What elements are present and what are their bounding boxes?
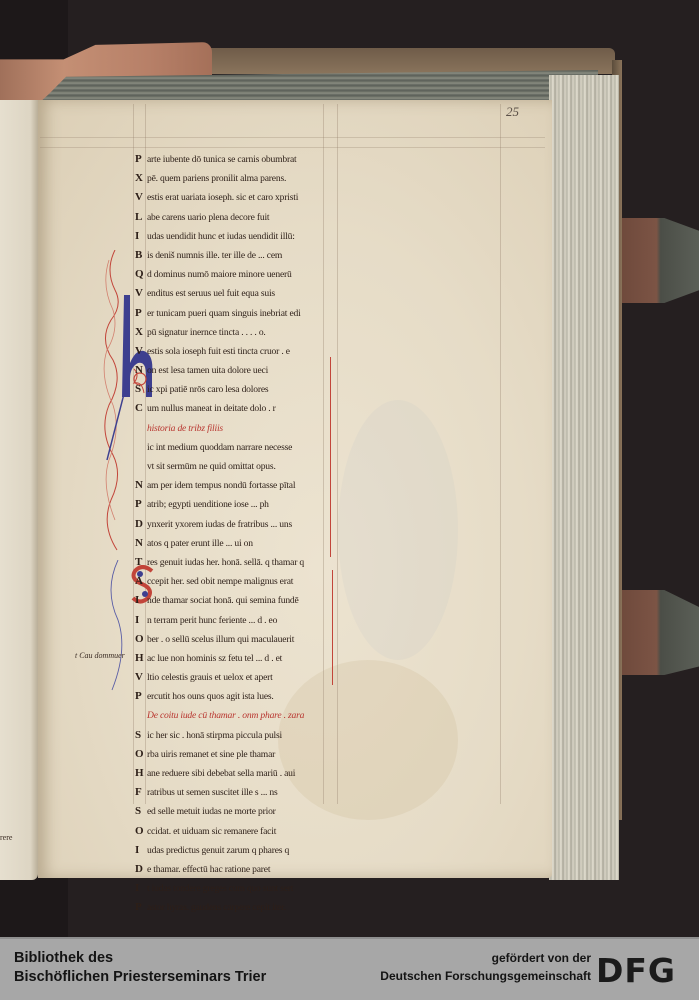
parchment-stain — [338, 400, 458, 660]
clasp-top — [622, 218, 699, 303]
text-line: Inde thamar sociat honā. qui semina fund… — [135, 591, 335, 610]
text-line: Patrib; egypti uenditione iose ... ph — [135, 495, 335, 514]
text-line: Nam per idem tempus nondū fortasse pītal — [135, 476, 335, 495]
text-line: Sic xpi patiē nrōs caro lesa dolores — [135, 380, 335, 399]
library-name-line1: Bibliothek des — [14, 949, 266, 968]
book-cover-top-edge — [205, 48, 615, 74]
text-line: Parte iubente dō tunica se carnis obumbr… — [135, 150, 335, 169]
ruling-line — [40, 137, 545, 138]
funding-credit: gefördert von der Deutschen Forschungsge… — [380, 949, 591, 985]
text-line: Xpū signatur inernce tincta . . . . o. — [135, 323, 335, 342]
text-line: vt sit sermūm ne quid omittat opus. — [135, 457, 335, 476]
text-line: Qd dominus numō maiore minore uenerū — [135, 265, 335, 284]
dfg-logo-icon: DFG — [596, 953, 676, 989]
left-page-text-fragment: rere — [0, 833, 12, 842]
text-line: ic int medium quoddam narrare necesse — [135, 438, 335, 457]
text-line: Percutit hos ouns quos agit ista lues. — [135, 687, 335, 706]
text-line: Vltio celestis grauis et uelox et apert — [135, 668, 335, 687]
text-line: Dynxerit yxorem iudas de fratribus ... u… — [135, 515, 335, 534]
ruling-line — [337, 104, 338, 804]
text-line: It iudas tondere greges cum quo sunt ser… — [135, 879, 335, 898]
manuscript-photo: rere 25 t Cau dommuer Parte iubente dō t… — [0, 0, 699, 937]
left-page-verso: rere — [0, 100, 38, 880]
text-line: Vestis erat uariata ioseph. sic et caro … — [135, 188, 335, 207]
ruling-line — [500, 104, 501, 804]
library-credit: Bibliothek des Bischöflichen Priestersem… — [14, 949, 266, 987]
funding-line2: Deutschen Forschungsgemeinschaft — [380, 967, 591, 985]
marginal-note: t Cau dommuer — [75, 651, 125, 660]
page-edges-right — [549, 75, 619, 880]
text-line: Tres genuit iudas her. honā. sellā. q th… — [135, 553, 335, 572]
pen-flourish-icon — [95, 250, 135, 570]
text-line: Hac lue non hominis sz fetu tel ... d . … — [135, 649, 335, 668]
text-line: Natos q pater erunt ille ... ui on — [135, 534, 335, 553]
text-line: Occidat. et uiduam sic remanere facit — [135, 822, 335, 841]
text-line: Venditus est seruus uel fuit equa suis — [135, 284, 335, 303]
text-line: Vestis sola ioseph fuit esti tincta cruo… — [135, 342, 335, 361]
library-name-line2: Bischöflichen Priesterseminars Trier — [14, 968, 266, 987]
text-line: Iudas uendidit hunc et iudas uendidit il… — [135, 227, 335, 246]
footer-bar: Bibliothek des Bischöflichen Priestersem… — [0, 937, 699, 1000]
text-line: Ober . o sellū scelus illum qui maculaue… — [135, 630, 335, 649]
text-line: Cum nullus maneat in deitate dolo . r — [135, 399, 335, 418]
text-line: Orba uiris remanet et sine ple thamar — [135, 745, 335, 764]
text-line: Per tunicam pueri quam singuis inebriat … — [135, 304, 335, 323]
text-line: Sic her sic . honā stirpma piccula pulsi — [135, 726, 335, 745]
text-line: Labe carens uario plena decore fuit — [135, 208, 335, 227]
funding-line1: gefördert von der — [380, 949, 591, 967]
ruling-line — [40, 147, 545, 148]
text-line: De thamar. effectū hac ratione paret — [135, 860, 335, 879]
rubric-heading: historia de tribz filiis — [135, 419, 335, 438]
text-line: Xpē. quem pariens pronilit alma parens. — [135, 169, 335, 188]
folio-number: 25 — [506, 104, 519, 120]
text-line: In terram perit hunc feriente ... d . eo — [135, 611, 335, 630]
text-line: Accepit her. sed obit nempe malignus era… — [135, 572, 335, 591]
text-line: Sed selle metuit iudas ne morte prior — [135, 802, 335, 821]
text-line: Hane reduere sibi debebat sella mariū . … — [135, 764, 335, 783]
clasp-bottom — [622, 590, 699, 675]
text-line: Non est lesa tamen uita dolore ueci — [135, 361, 335, 380]
manuscript-text-column: Parte iubente dō tunica se carnis obumbr… — [135, 150, 335, 918]
text-line: Fratribus ut semen suscitet ille s ... n… — [135, 783, 335, 802]
text-line: Pastor hyras. gaudens carpere cepit iter… — [135, 898, 335, 917]
pen-flourish-blue-icon — [98, 560, 128, 700]
rubric-heading: De coitu iude cū thamar . onm phare . za… — [135, 706, 335, 725]
text-line: Iudas predictus genuit zarum q phares q — [135, 841, 335, 860]
text-line: Bis deniš numnis ille. ter ille de ... c… — [135, 246, 335, 265]
